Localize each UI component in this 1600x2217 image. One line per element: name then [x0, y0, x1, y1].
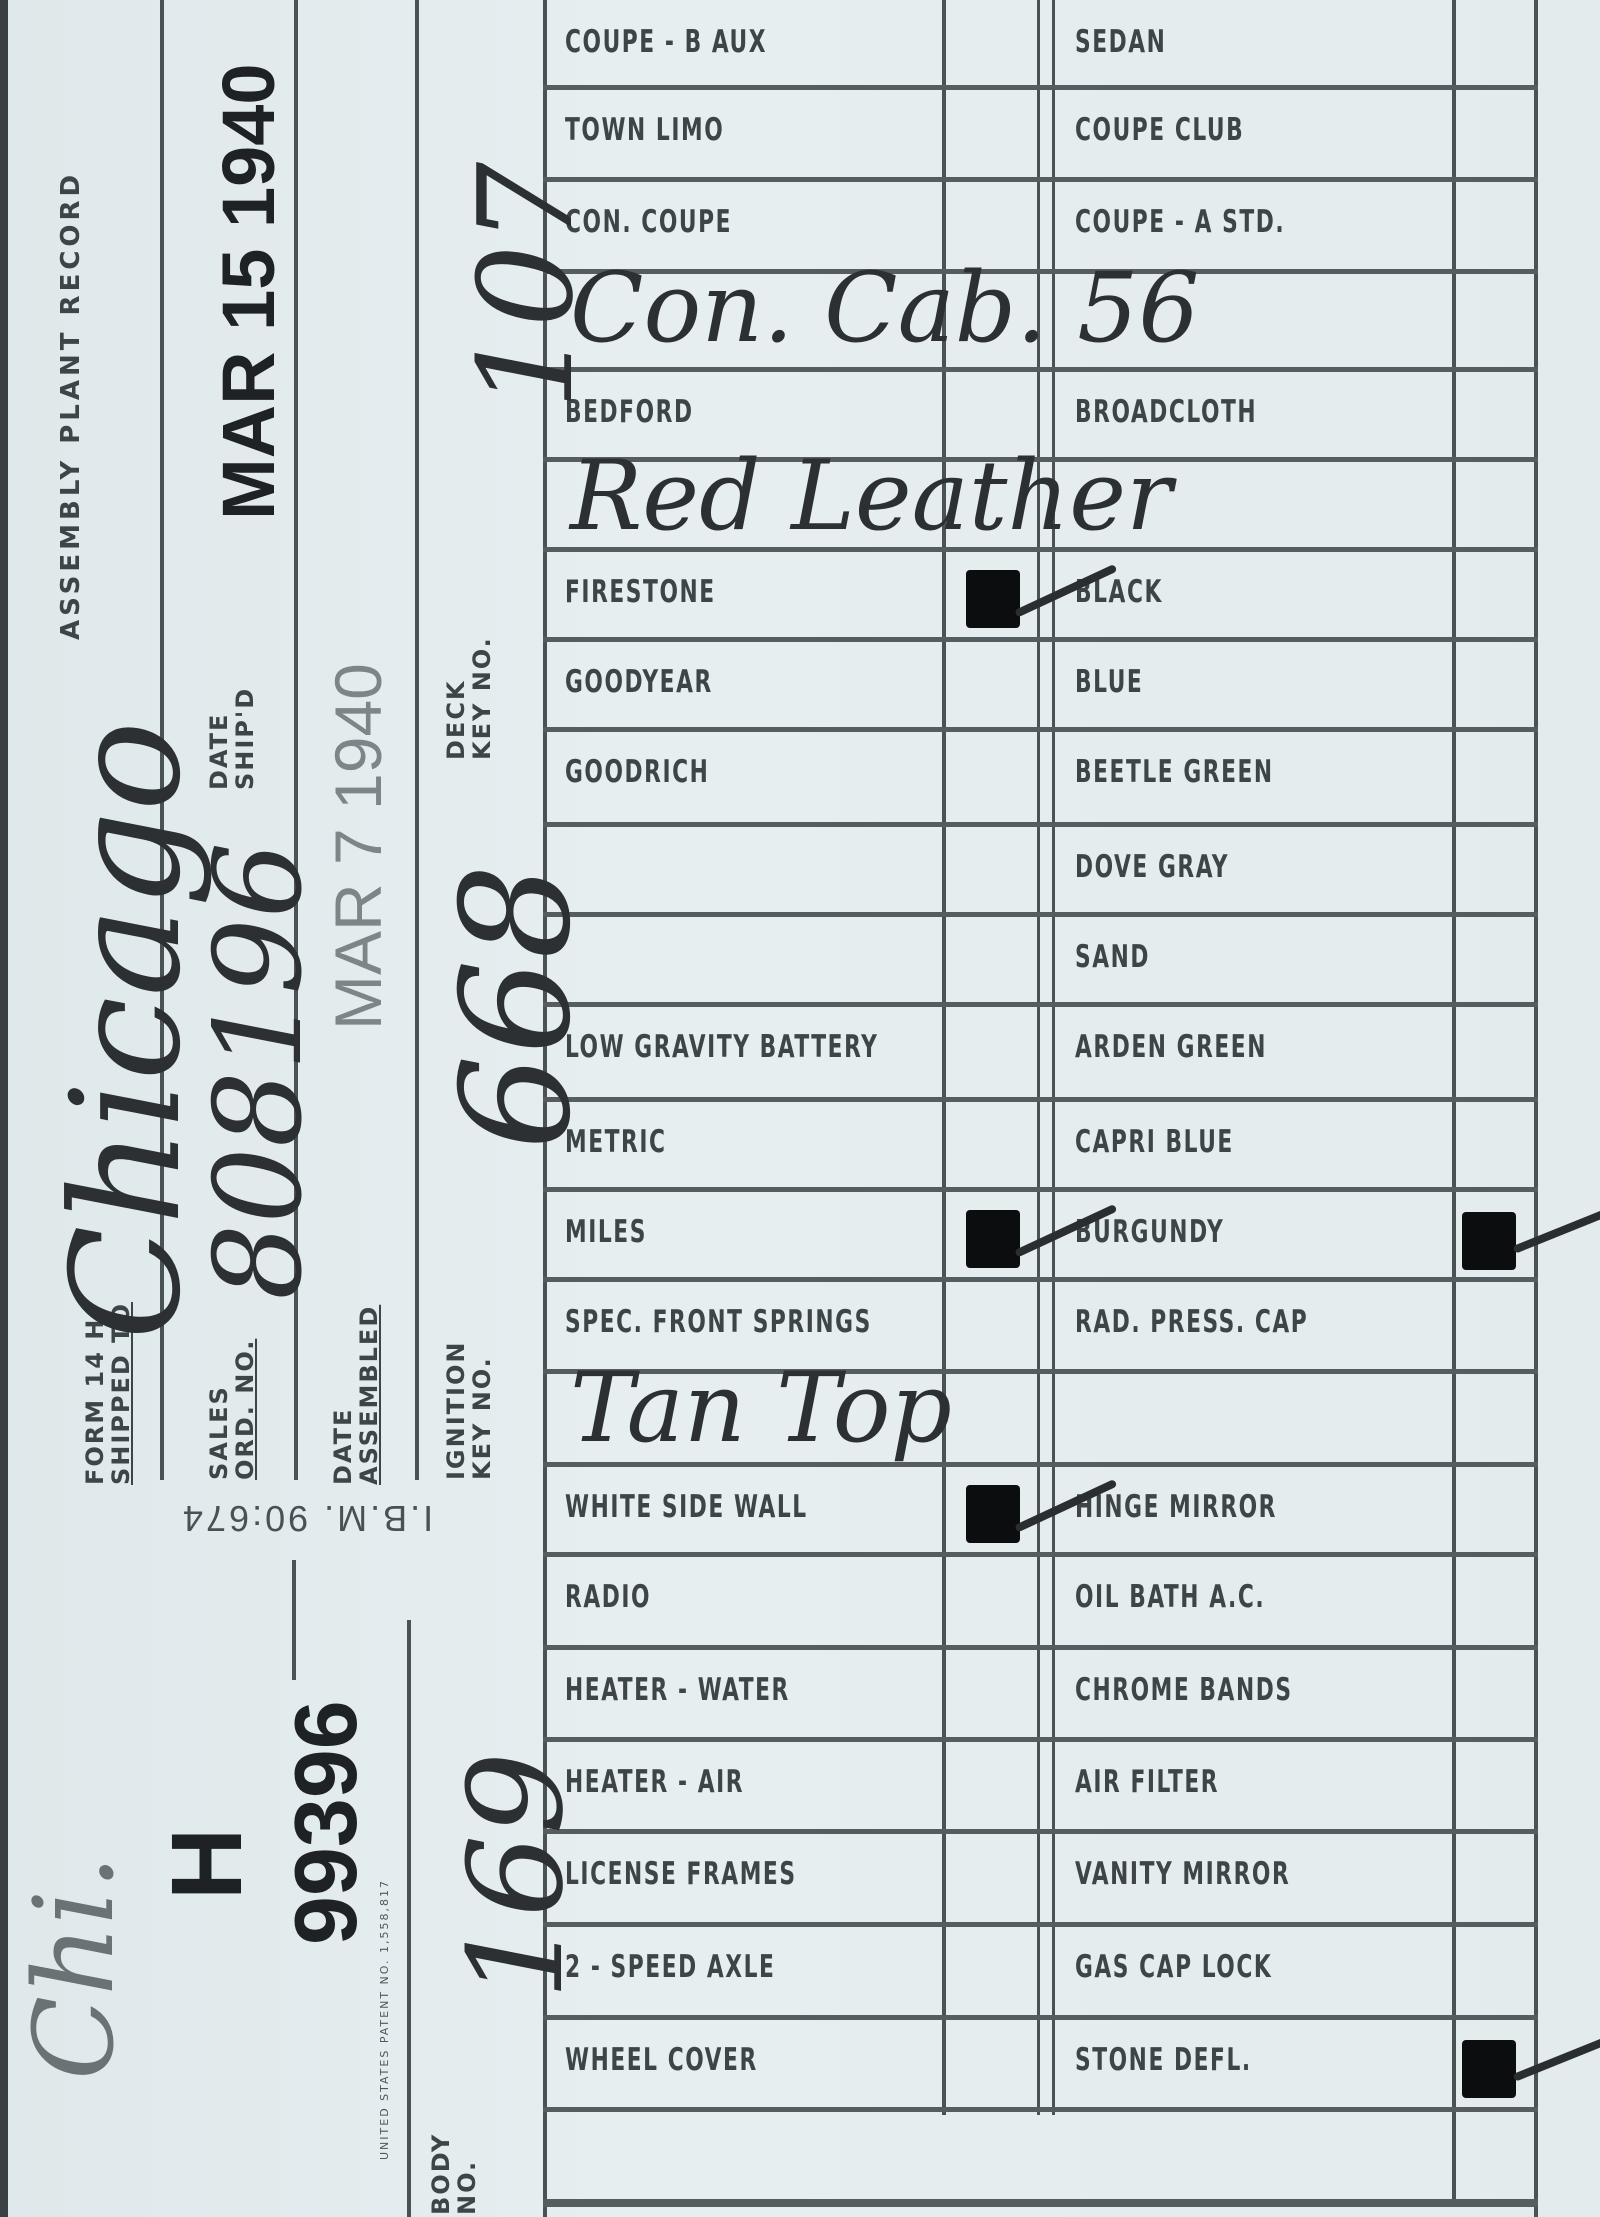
option-left-checkbox[interactable]	[946, 1925, 1036, 2017]
option-left-checkbox[interactable]	[946, 640, 1036, 732]
option-right-checkbox[interactable]	[1456, 0, 1534, 92]
option-left-checkbox[interactable]	[946, 1100, 1036, 1192]
option-left-label: LICENSE FRAMES	[565, 1856, 797, 1892]
option-right-checkbox[interactable]	[1456, 550, 1534, 642]
option-right-checkbox[interactable]	[1456, 1648, 1534, 1740]
date-assembled-label-2: ASSEMBLED	[356, 1305, 382, 1485]
check-mark-icon	[966, 1485, 1020, 1543]
date-shipped-label-2: SHIP'D	[232, 687, 258, 790]
body-no-value: 169	[440, 1752, 592, 2000]
table-row: WHEEL COVERSTONE DEFL.	[0, 2018, 1600, 2110]
option-right-label: VANITY MIRROR	[1075, 1856, 1290, 1892]
option-left-label: GOODRICH	[565, 754, 709, 790]
option-right-label: STONE DEFL.	[1075, 2042, 1252, 2078]
option-right-label: RAD. PRESS. CAP	[1075, 1304, 1308, 1340]
ignition-key-label: IGNITION KEY NO.	[443, 1341, 495, 1480]
deck-label-2: KEY NO.	[469, 636, 495, 760]
date-shipped-stamp: MAR 15 1940	[206, 63, 291, 520]
option-right-label: GAS CAP LOCK	[1075, 1949, 1272, 1985]
option-right-checkbox[interactable]	[1456, 825, 1534, 917]
option-left-label: GOODYEAR	[565, 664, 713, 700]
option-right-label: SEDAN	[1075, 24, 1166, 60]
body-no-text: 169	[440, 1752, 592, 2000]
table-row: RADIOOIL BATH A.C.	[0, 1555, 1600, 1647]
sales-ord-label: SALES ORD. NO.	[206, 1339, 258, 1480]
option-left-label: WHEEL COVER	[565, 2042, 758, 2078]
option-left-label: HEATER - WATER	[565, 1672, 790, 1708]
sales-ord-text: 808196	[190, 842, 329, 1300]
row-rule	[543, 2202, 1538, 2207]
option-right-label: CAPRI BLUE	[1075, 1124, 1234, 1160]
option-right-label: AIR FILTER	[1075, 1764, 1219, 1800]
option-right-label: BLUE	[1075, 664, 1143, 700]
handwritten-entry: Red Leather	[570, 440, 1172, 552]
serial-prefix-text: H	[151, 1828, 263, 1900]
deck-key-label: DECK KEY NO.	[443, 636, 495, 760]
sales-label-2: ORD. NO.	[232, 1339, 258, 1480]
serial-number-text: 99396	[276, 1700, 375, 1945]
option-left-label: MILES	[565, 1214, 647, 1250]
signature-text: Chi.	[10, 1855, 138, 2080]
ibm-code: I.B.M. 90:674	[180, 1497, 433, 1539]
ibm-code-text: I.B.M. 90:674	[180, 1498, 433, 1539]
signature: Chi.	[10, 1855, 138, 2080]
table-row: HEATER - WATERCHROME BANDS	[0, 1648, 1600, 1740]
option-left-label: SPEC. FRONT SPRINGS	[565, 1304, 872, 1340]
option-left-checkbox[interactable]	[946, 550, 1036, 642]
option-left-label: RADIO	[565, 1579, 651, 1615]
table-row: 2 - SPEED AXLEGAS CAP LOCK	[0, 1925, 1600, 2017]
option-right-checkbox[interactable]	[1456, 1555, 1534, 1647]
handwritten-entry: Tan Top	[570, 1352, 952, 1464]
serial-number: 99396	[275, 1700, 377, 1945]
option-right-checkbox[interactable]	[1456, 1740, 1534, 1832]
check-mark-icon	[966, 1210, 1020, 1268]
option-left-checkbox[interactable]	[946, 1648, 1036, 1740]
option-left-checkbox[interactable]	[946, 1832, 1036, 1924]
body-label-2: NO.	[454, 2133, 480, 2215]
option-left-checkbox[interactable]	[946, 1005, 1036, 1097]
body-no-label: BODY NO.	[428, 2133, 480, 2215]
option-right-checkbox[interactable]	[1456, 88, 1534, 180]
option-left-label: 2 - SPEED AXLE	[565, 1949, 775, 1985]
date-shipped-label: DATE SHIP'D	[206, 687, 258, 790]
table-row: FIRESTONEBLACK	[0, 550, 1600, 642]
date-shipped-value: MAR 15 1940	[207, 63, 290, 520]
date-assembled-value: MAR 7 1940	[321, 663, 395, 1030]
check-mark-icon	[966, 570, 1020, 628]
option-left-label: FIRESTONE	[565, 574, 716, 610]
option-left-checkbox[interactable]	[946, 1280, 1036, 1372]
option-right-label: BEETLE GREEN	[1075, 754, 1274, 790]
option-left-label: LOW GRAVITY BATTERY	[565, 1029, 878, 1065]
shipped-to-text: Chicago	[40, 721, 214, 1340]
option-left-label: WHITE SIDE WALL	[565, 1489, 808, 1525]
date-assembled-label-1: DATE	[330, 1305, 356, 1485]
table-row: HEATER - AIRAIR FILTER	[0, 1740, 1600, 1832]
option-right-checkbox[interactable]	[1456, 730, 1534, 822]
deck-key-value: 107	[450, 162, 602, 410]
option-left-checkbox[interactable]	[946, 1465, 1036, 1557]
option-right-label: BROADCLOTH	[1075, 394, 1257, 430]
ignition-key-value: 668	[430, 864, 604, 1150]
option-right-checkbox[interactable]	[1456, 915, 1534, 1007]
option-left-checkbox[interactable]	[946, 88, 1036, 180]
option-right-label: SAND	[1075, 939, 1150, 975]
ignition-key-text: 668	[430, 864, 604, 1150]
option-left-checkbox[interactable]	[946, 1190, 1036, 1282]
body-label-1: BODY	[428, 2133, 454, 2215]
patent-notice: UNITED STATES PATENT NO. 1,558,817	[378, 1879, 391, 2160]
option-right-label: ARDEN GREEN	[1075, 1029, 1267, 1065]
option-left-checkbox[interactable]	[946, 1555, 1036, 1647]
form-title: ASSEMBLY PLANT RECORD	[58, 171, 84, 640]
option-left-label: TOWN LIMO	[565, 112, 724, 148]
option-left-checkbox[interactable]	[946, 1740, 1036, 1832]
option-right-label: COUPE - A STD.	[1075, 204, 1285, 240]
date-assembled-label: DATE ASSEMBLED	[330, 1305, 382, 1485]
option-right-label: HINGE MIRROR	[1075, 1489, 1277, 1525]
option-left-checkbox[interactable]	[946, 2018, 1036, 2110]
option-right-checkbox[interactable]	[1456, 370, 1534, 462]
option-right-checkbox[interactable]	[1456, 1100, 1534, 1192]
option-right-checkbox[interactable]	[1456, 1190, 1534, 1282]
date-shipped-label-1: DATE	[206, 687, 232, 790]
sales-label-1: SALES	[206, 1339, 232, 1480]
option-left-checkbox[interactable]	[946, 825, 1036, 917]
deck-key-text: 107	[450, 162, 602, 410]
option-right-checkbox[interactable]	[1456, 2018, 1534, 2110]
option-right-checkbox[interactable]	[1456, 1832, 1534, 1924]
pencil-stroke	[1513, 1209, 1600, 1254]
option-right-label: CHROME BANDS	[1075, 1672, 1293, 1708]
ignition-label-2: KEY NO.	[469, 1341, 495, 1480]
form-title-text: ASSEMBLY PLANT RECORD	[56, 171, 86, 640]
option-right-checkbox[interactable]	[1456, 180, 1534, 272]
option-right-checkbox[interactable]	[1456, 640, 1534, 732]
check-mark-icon	[1462, 1212, 1516, 1270]
check-mark-icon	[1462, 2040, 1516, 2098]
patent-notice-text: UNITED STATES PATENT NO. 1,558,817	[378, 1879, 391, 2160]
option-left-checkbox[interactable]	[946, 0, 1036, 92]
date-assembled-stamp: MAR 7 1940	[320, 663, 396, 1030]
option-left-checkbox[interactable]	[946, 915, 1036, 1007]
option-right-label: OIL BATH A.C.	[1075, 1579, 1265, 1615]
handwritten-entry: Con. Cab. 56	[570, 252, 1199, 364]
ignition-label-1: IGNITION	[443, 1341, 469, 1480]
option-left-label: COUPE - B AUX	[565, 24, 767, 60]
option-right-checkbox[interactable]	[1456, 1925, 1534, 2017]
option-right-label: COUPE CLUB	[1075, 112, 1244, 148]
option-right-checkbox[interactable]	[1456, 1280, 1534, 1372]
deck-label-1: DECK	[443, 636, 469, 760]
option-right-checkbox[interactable]	[1456, 1005, 1534, 1097]
option-right-label: DOVE GRAY	[1075, 849, 1229, 885]
pencil-stroke	[1513, 2037, 1600, 2082]
serial-prefix: H	[150, 1828, 265, 1900]
sales-ord-value: 808196	[190, 842, 329, 1300]
option-right-checkbox[interactable]	[1456, 1465, 1534, 1557]
option-left-checkbox[interactable]	[946, 730, 1036, 822]
shipped-to-value: Chicago	[40, 721, 214, 1340]
